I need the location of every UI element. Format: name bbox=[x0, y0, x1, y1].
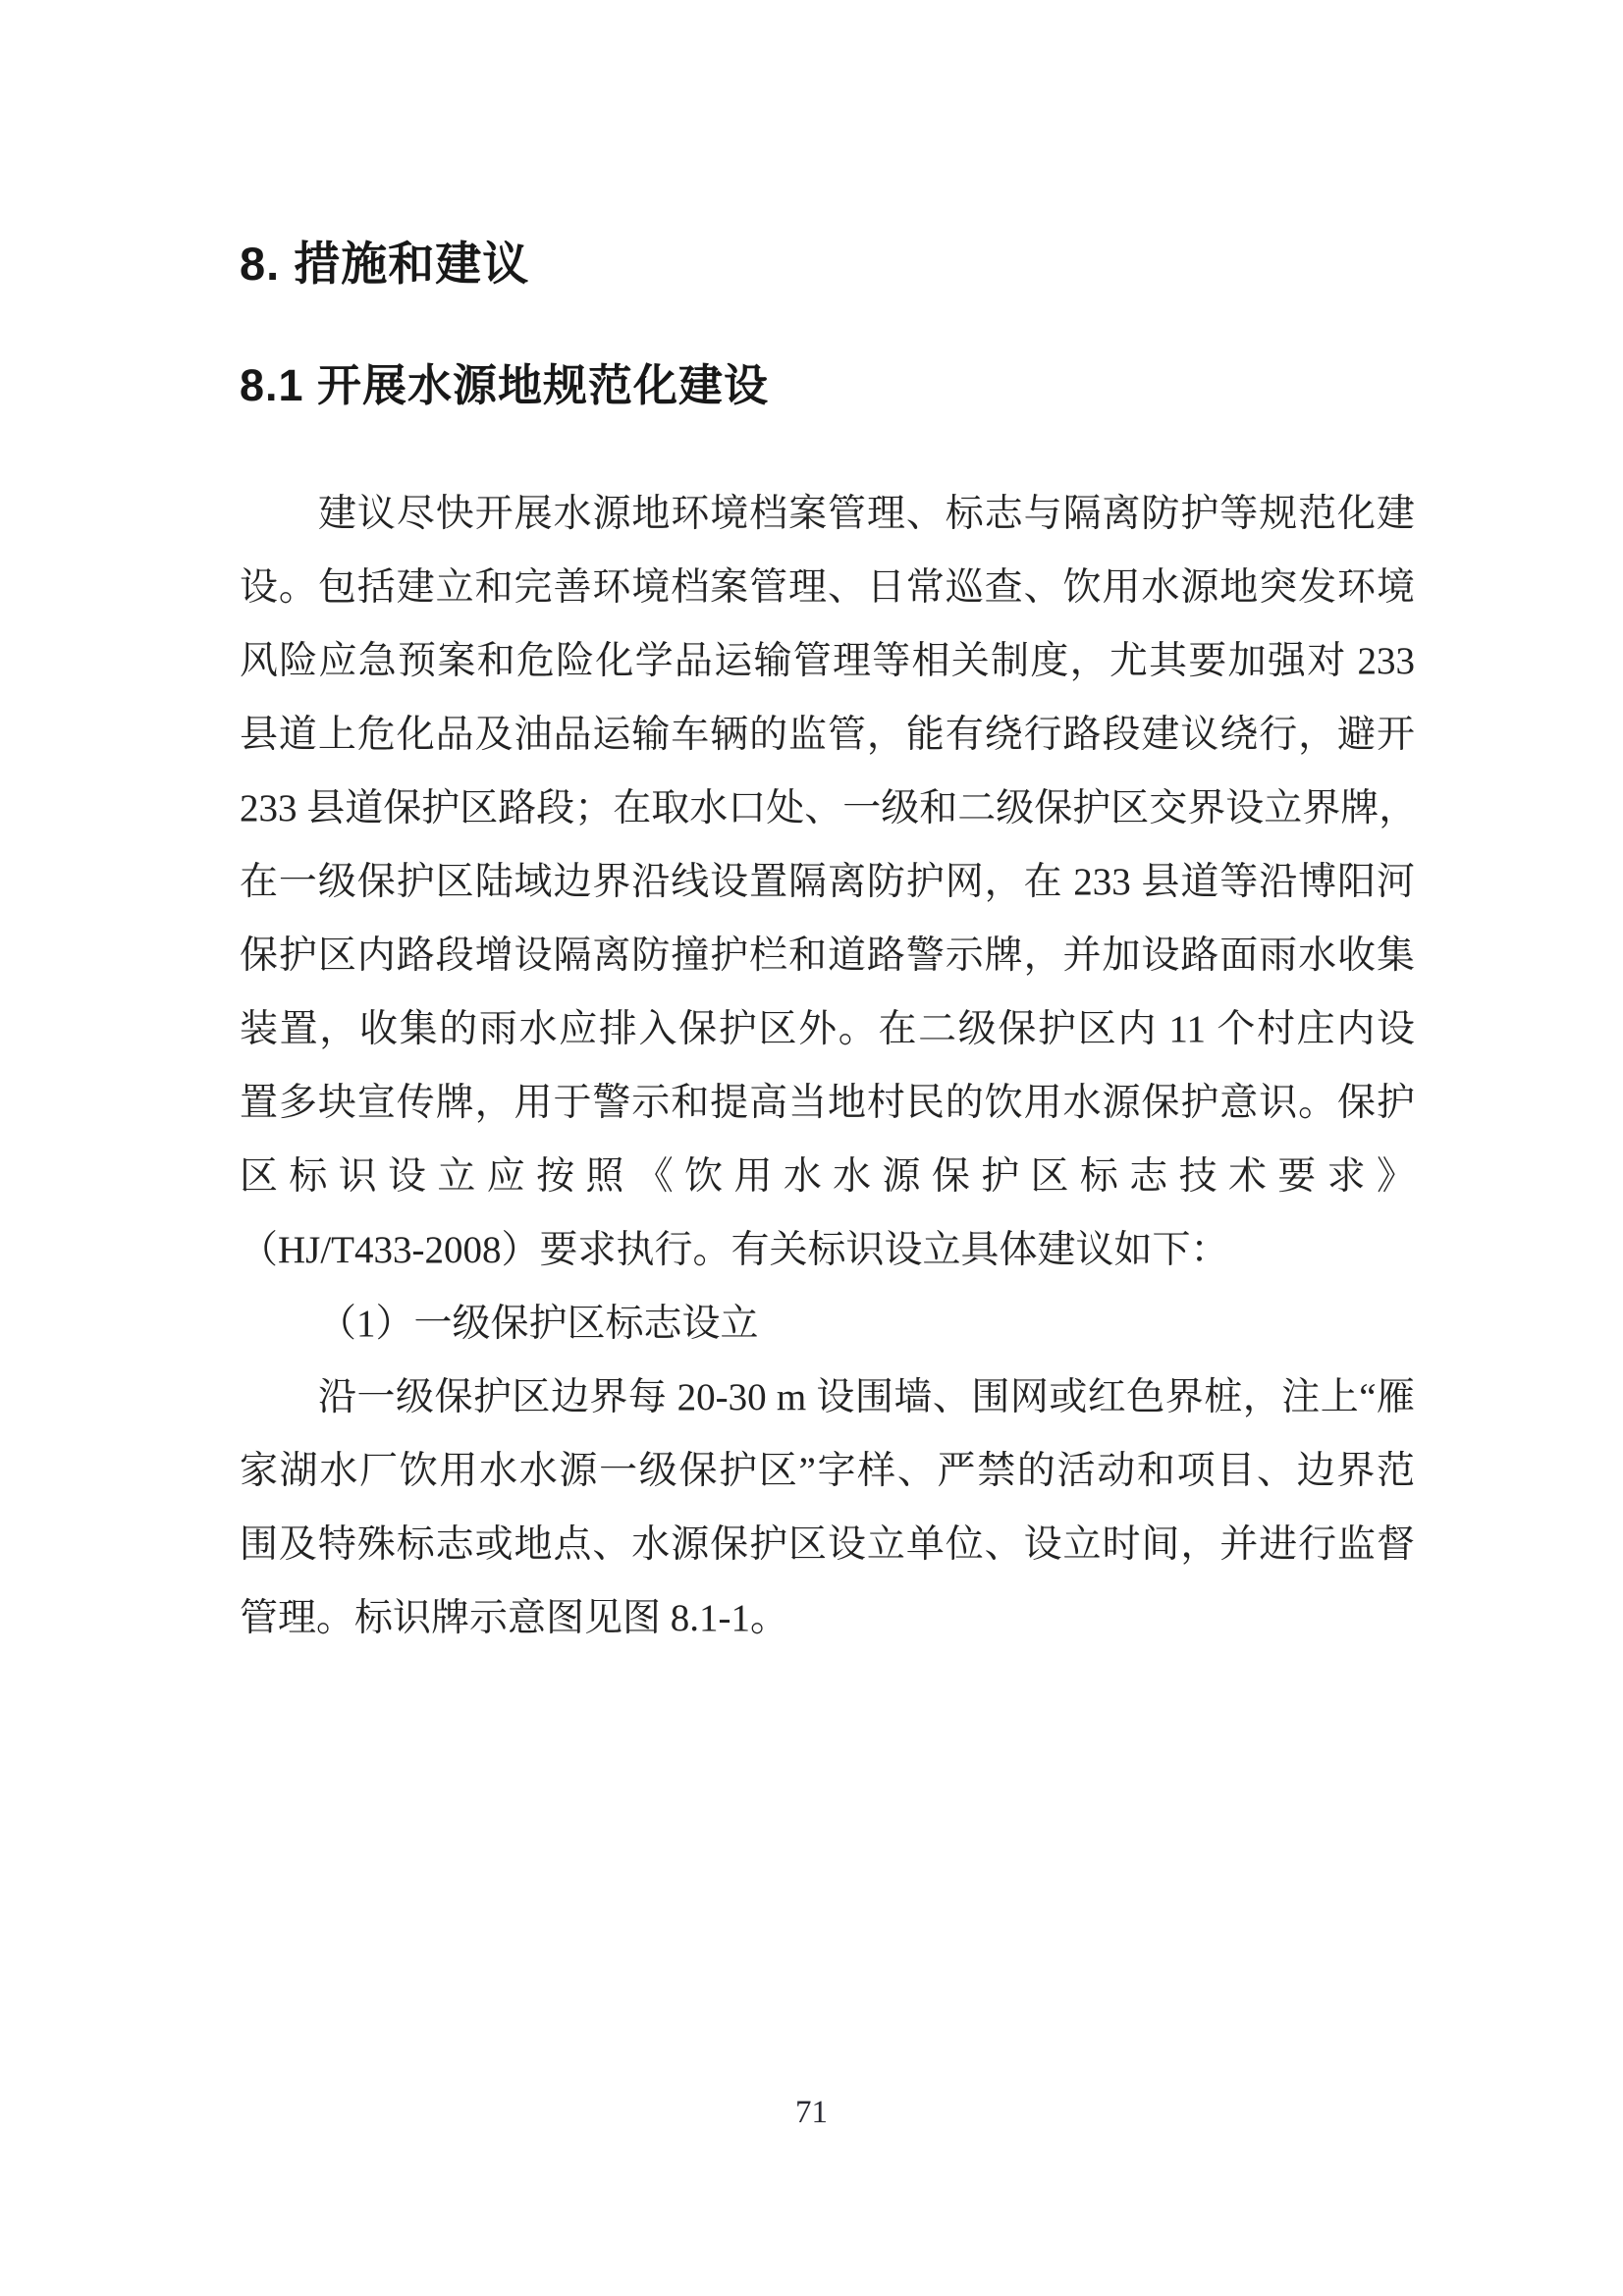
paragraph-line: 围及特殊标志或地点、水源保护区设立单位、设立时间，并进行监督 bbox=[240, 1508, 1415, 1581]
paragraph-line: 保护区内路段增设隔离防撞护栏和道路警示牌，并加设路面雨水收集 bbox=[240, 919, 1415, 992]
paragraph-line: 233 县道保护区路段；在取水口处、一级和二级保护区交界设立界牌， bbox=[240, 772, 1415, 845]
document-page: 8. 措施和建议 8.1 开展水源地规范化建设 建议尽快开展水源地环境档案管理、… bbox=[0, 0, 1623, 2296]
paragraph-line: 建议尽快开展水源地环境档案管理、标志与隔离防护等规范化建 bbox=[240, 477, 1415, 551]
paragraph-line: 管理。标识牌示意图见图 8.1-1。 bbox=[240, 1581, 1415, 1655]
body-text: 建议尽快开展水源地环境档案管理、标志与隔离防护等规范化建 设。包括建立和完善环境… bbox=[240, 477, 1415, 1655]
paragraph-line: （HJ/T433-2008）要求执行。有关标识设立具体建议如下： bbox=[240, 1213, 1415, 1287]
paragraph-line: 家湖水厂饮用水水源一级保护区”字样、严禁的活动和项目、边界范 bbox=[240, 1434, 1415, 1508]
paragraph-line: 设。包括建立和完善环境档案管理、日常巡查、饮用水源地突发环境 bbox=[240, 551, 1415, 624]
paragraph-line: 在一级保护区陆域边界沿线设置隔离防护网，在 233 县道等沿博阳河 bbox=[240, 845, 1415, 919]
page-number: 71 bbox=[0, 2095, 1623, 2131]
subsection-heading: 8.1 开展水源地规范化建设 bbox=[240, 359, 1623, 412]
paragraph-line: 装置，收集的雨水应排入保护区外。在二级保护区内 11 个村庄内设 bbox=[240, 992, 1415, 1066]
paragraph-line: 区标识设立应按照《饮用水水源保护区标志技术要求》 bbox=[240, 1140, 1415, 1213]
paragraph-line: 县道上危化品及油品运输车辆的监管，能有绕行路段建议绕行，避开 bbox=[240, 698, 1415, 772]
paragraph-line: 沿一级保护区边界每 20-30 m 设围墙、围网或红色界桩，注上“雁 bbox=[240, 1361, 1415, 1434]
section-heading: 8. 措施和建议 bbox=[240, 238, 1623, 291]
list-item-heading: （1）一级保护区标志设立 bbox=[240, 1287, 1415, 1361]
paragraph-line: 风险应急预案和危险化学品运输管理等相关制度，尤其要加强对 233 bbox=[240, 624, 1415, 698]
paragraph-line: 置多块宣传牌，用于警示和提高当地村民的饮用水源保护意识。保护 bbox=[240, 1066, 1415, 1140]
